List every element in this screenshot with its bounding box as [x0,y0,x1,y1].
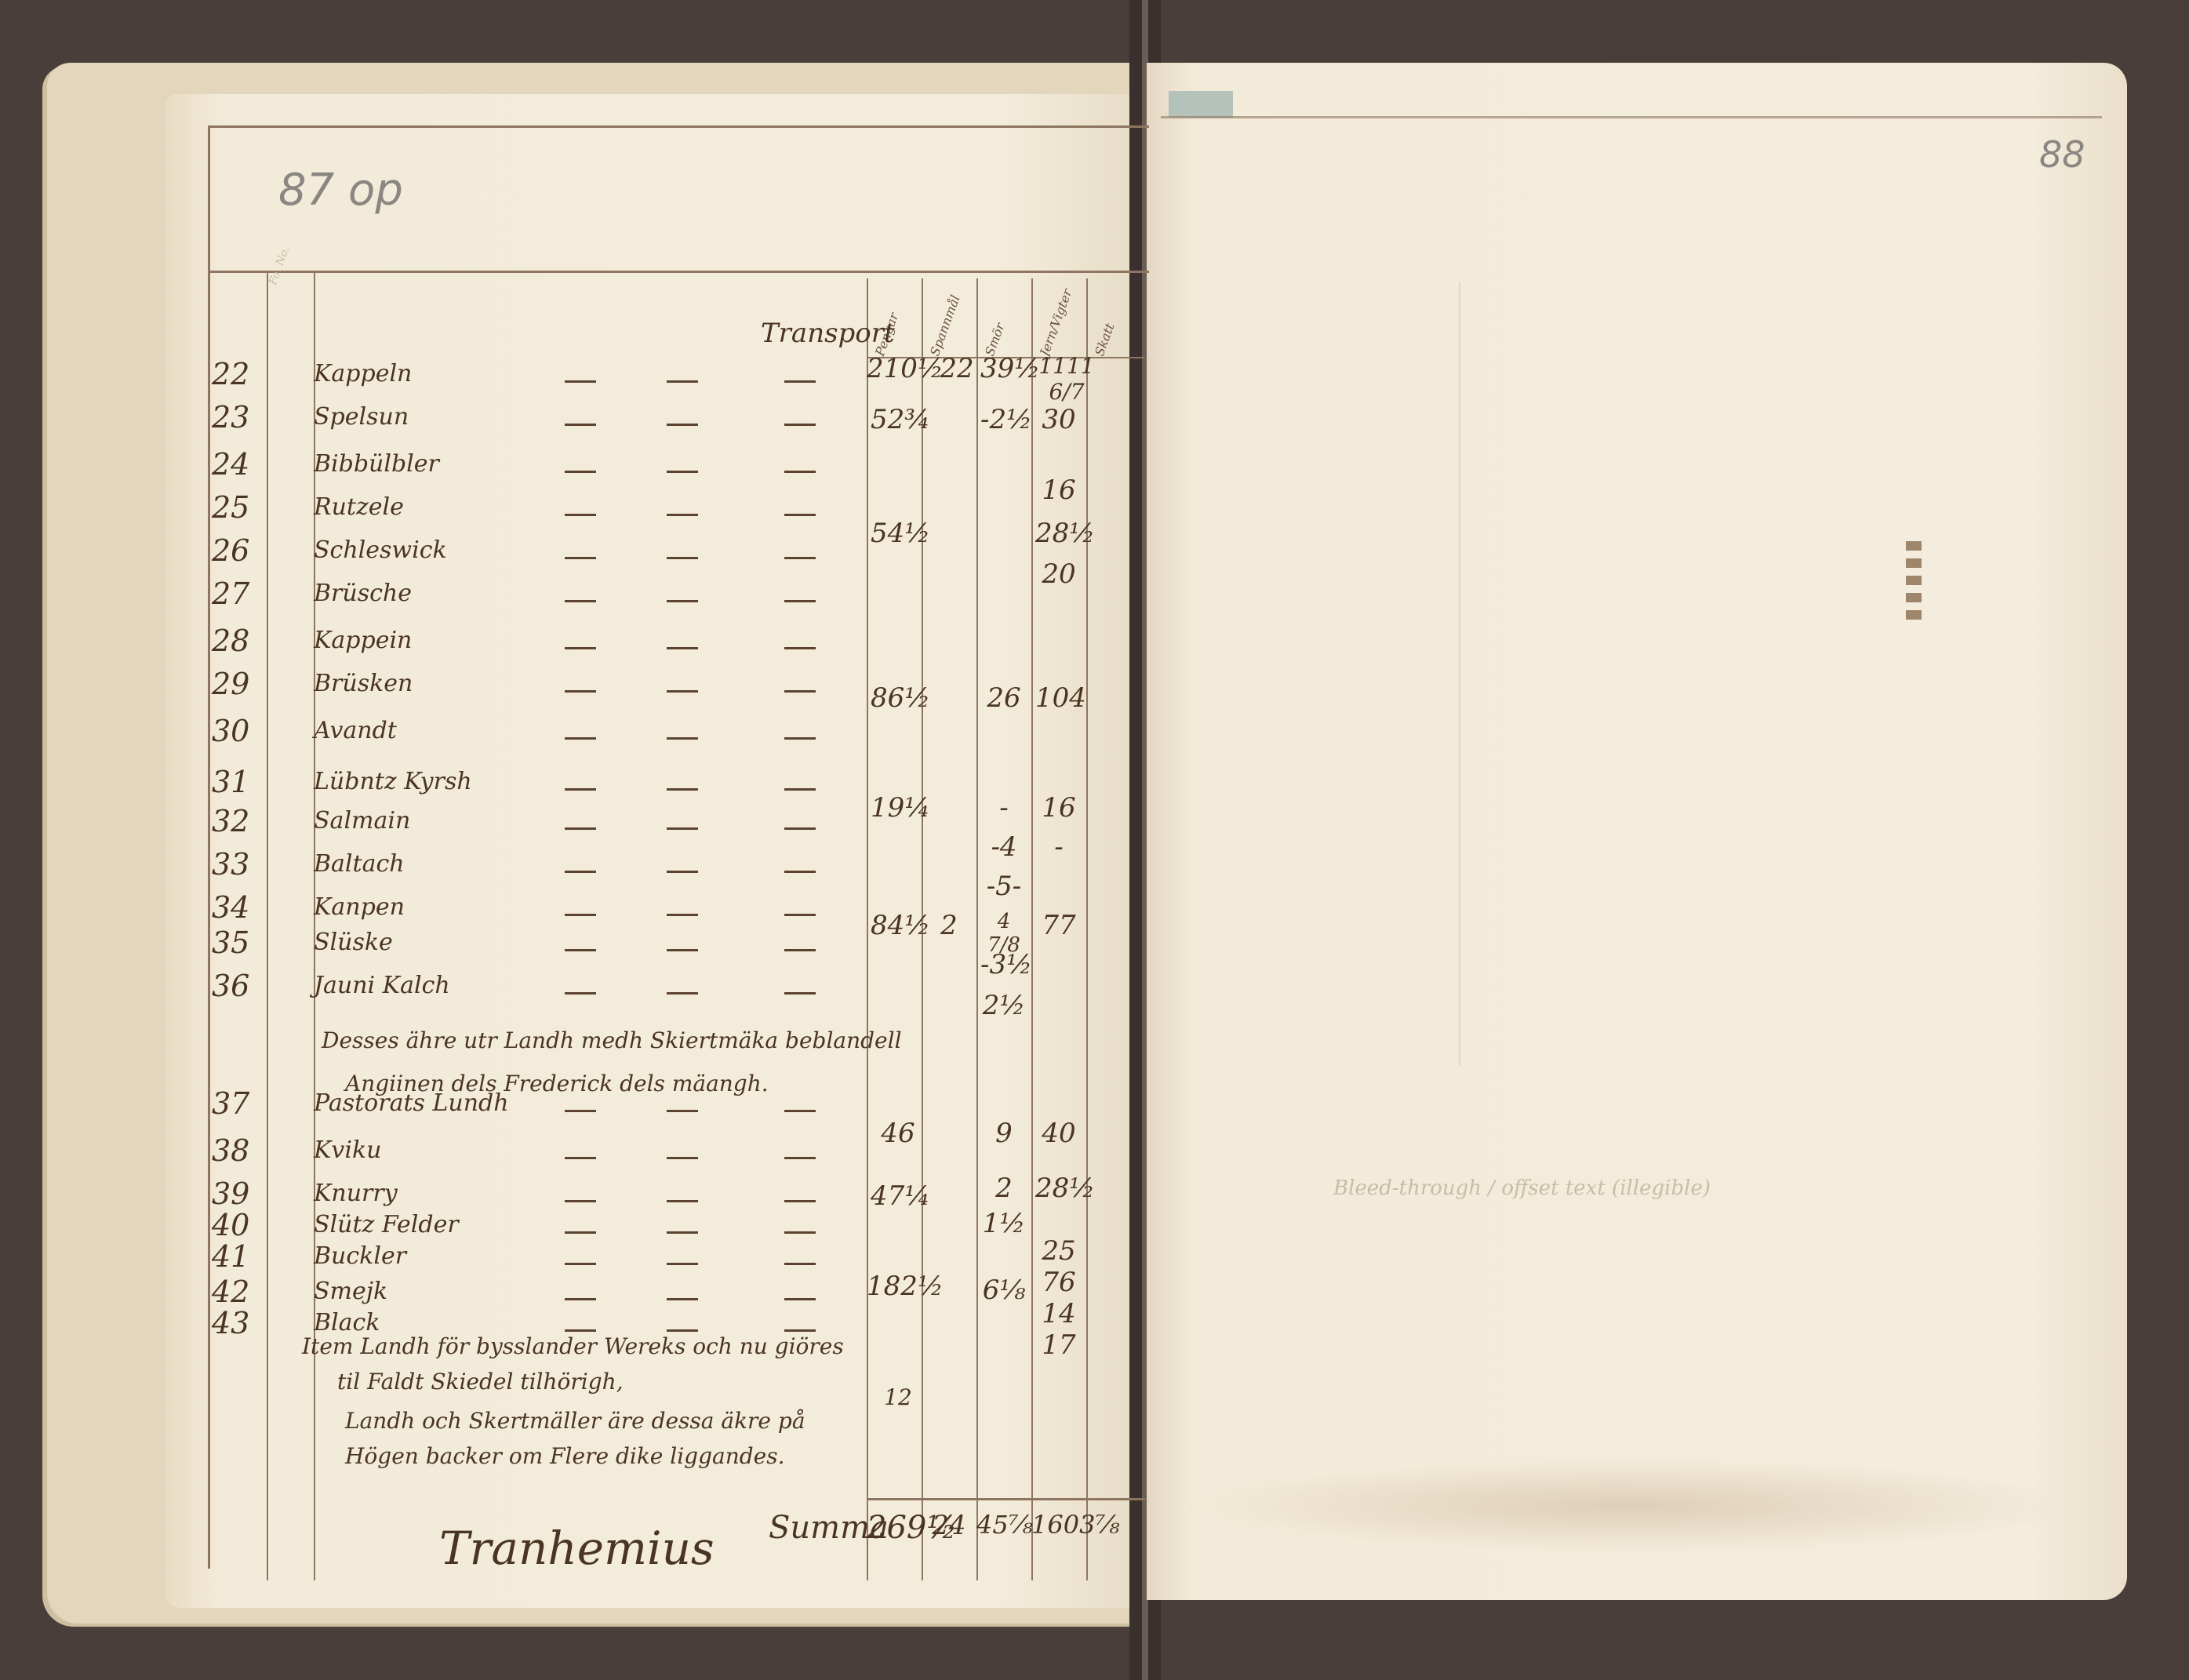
leader-dash [784,514,816,516]
amount: 26 [980,682,1027,714]
leader-dash [784,788,816,791]
row-number: 22 [212,357,267,391]
row-name: Smejk [314,1278,387,1305]
row-name: Jauni Kalch [314,972,450,999]
leader-dash [565,1298,596,1300]
amount: -2½ [980,404,1027,435]
transport-value-4: 1111 6/7 [1035,353,1098,405]
row-name: Spelsun [314,403,409,431]
amount: 16 [1035,792,1082,824]
amount: 14 [1035,1298,1082,1329]
leader-dash [667,380,698,383]
note-line-2: Angiinen dels Frederick dels mäangh. [345,1071,769,1096]
amount: -4 [980,831,1027,863]
leader-dash [667,871,698,873]
note-line-3: Item Landh för bysslander Wereks och nu … [302,1333,844,1359]
header-rule [208,271,1149,273]
note-line-1: Desses ähre utr Landh medh Skiertmäka be… [322,1027,902,1053]
leader-dash [565,471,596,473]
folio-right: 88 [2039,133,2085,176]
leader-dash [667,827,698,830]
row-name: Brüsken [314,670,413,697]
leader-dash [784,827,816,830]
leader-dash [667,424,698,426]
leader-dash [784,647,816,649]
amount-col-line-1 [867,278,868,1580]
row-name: Slüske [314,929,393,956]
leader-dash [565,949,596,951]
leader-dash [784,1200,816,1202]
amount: 2 [980,1173,1027,1204]
leader-dash [784,1263,816,1265]
row-name: Buckler [314,1242,406,1270]
leader-dash [565,600,596,602]
summa-value-4: 1603⅞ [1031,1510,1102,1540]
amount-col-line-3 [976,278,978,1580]
leader-dash [784,1329,816,1332]
folio-left: 87 op [278,165,403,216]
leader-dash [565,557,596,559]
amount: 47¼ [871,1180,925,1212]
note-line-4: til Faldt Skiedel tilhörigh, [337,1369,624,1395]
leader-dash [565,647,596,649]
row-name: Bibbülbler [314,450,439,478]
row-number: 43 [212,1306,267,1340]
bleed-through-columns [1224,282,1460,1067]
amount: - [980,792,1027,824]
leader-dash [667,514,698,516]
leader-dash [784,1110,816,1112]
row-name: Baltach [314,850,405,878]
leader-dash [565,788,596,791]
row-number: 41 [212,1239,267,1274]
amount-col-line-5 [1086,278,1088,1580]
bleed-through-text: Bleed-through / offset text (illegible) [1333,1176,1711,1200]
row-name: Schleswick [314,536,447,564]
amount: 17 [1035,1329,1082,1361]
row-number: 32 [212,804,267,838]
row-number: 38 [212,1133,267,1168]
row-name: Kappein [314,627,412,654]
leader-dash [667,1263,698,1265]
row-number: 28 [212,624,267,658]
amount: 6⅛ [980,1275,1027,1306]
leader-dash [565,1231,596,1234]
amount: 28½ [1035,518,1082,549]
leader-dash [565,737,596,740]
amount-col-line-4 [1031,278,1033,1580]
top-border [208,125,1149,128]
row-name: Black [314,1309,380,1336]
row-name: Salmain [314,807,410,835]
row-number: 23 [212,400,267,435]
leader-dash [667,647,698,649]
leader-dash [667,600,698,602]
note-line-6: Högen backer om Flere dike liggandes. [345,1443,785,1469]
leader-dash [667,949,698,951]
leader-dash [667,1298,698,1300]
leader-dash [565,690,596,693]
leader-dash [565,871,596,873]
row-name: Kviku [314,1136,381,1164]
amount: -5- [980,871,1027,902]
leader-dash [667,1157,698,1159]
amount: 2½ [980,990,1027,1021]
leader-dash [784,914,816,916]
amount: 104 [1035,682,1082,714]
leader-dash [667,737,698,740]
amount: 25 [1035,1235,1082,1267]
row-number: 33 [212,847,267,882]
leader-dash [565,1110,596,1112]
water-stain [1176,1459,2078,1553]
amount: 9 [980,1118,1027,1149]
leader-dash [565,1263,596,1265]
amount: 182½ [867,1271,929,1302]
row-name: Kappeln [314,360,412,387]
leader-dash [667,557,698,559]
leader-dash [667,471,698,473]
paper-tab [1169,91,1233,118]
transport-label: Transport [761,318,895,349]
amount: -3½ [980,949,1027,980]
row-name: Knurry [314,1180,398,1207]
leader-dash [784,949,816,951]
amount: 77 [1035,910,1082,941]
row-number: 26 [212,533,267,568]
row-number: 40 [212,1208,267,1242]
leader-dash [784,471,816,473]
row-number: 37 [212,1086,267,1121]
leader-dash [667,1110,698,1112]
summa-value-2: 24 [929,1510,969,1541]
leader-dash [565,1157,596,1159]
amount: - [1035,831,1082,863]
leader-dash [565,827,596,830]
leader-dash [784,871,816,873]
leader-dash [667,1329,698,1332]
row-number: 24 [212,447,267,482]
leader-dash [784,424,816,426]
row-number: 36 [212,969,267,1003]
leader-dash [784,1231,816,1234]
leader-dash [784,992,816,995]
leader-dash [784,1157,816,1159]
leader-dash [784,600,816,602]
amount: 54½ [871,518,925,549]
leader-dash [667,1231,698,1234]
ink-blots [1906,541,1922,620]
leader-dash [565,424,596,426]
row-name: Rutzele [314,493,404,521]
row-number: 25 [212,490,267,525]
signature: Tranhemius [439,1522,715,1575]
leader-dash [784,557,816,559]
leader-dash [784,690,816,693]
amount: 40 [1035,1118,1082,1149]
amount: 20 [1035,558,1082,590]
transport-value-2: 22 [933,353,980,384]
row-number: 27 [212,576,267,611]
row-name: Lübntz Kyrsh [314,768,472,795]
summa-value-3: 45⅞ [976,1510,1031,1540]
row-number: 29 [212,667,267,701]
amount: 86½ [871,682,925,714]
left-border [208,125,210,1569]
amount: 30 [1035,404,1082,435]
row-number: 42 [212,1275,267,1309]
row-name: Avandt [314,717,397,744]
row-name: Kanpen [314,893,405,921]
leader-dash [784,737,816,740]
leader-dash [565,992,596,995]
row-number: 35 [212,925,267,960]
leader-dash [565,1200,596,1202]
summa-value-1: 269½ [867,1510,929,1546]
amount: 12 [871,1384,925,1410]
amount: 28½ [1035,1173,1082,1204]
amount: 2 [925,910,973,941]
row-number: 31 [212,765,267,799]
row-number: 39 [212,1176,267,1211]
amount: 84½ [871,910,925,941]
amount: 16 [1035,475,1082,506]
row-number: 34 [212,890,267,925]
amount: 19¼ [871,792,925,824]
amount: 76 [1035,1267,1082,1298]
leader-dash [667,992,698,995]
note-line-5: Landh och Skertmäller äre dessa äkre på [345,1408,805,1434]
leader-dash [565,514,596,516]
leader-dash [667,690,698,693]
transport-value-1: 210½ [867,353,937,384]
transport-value-3: 39½ [980,353,1035,384]
amount: 52¾ [871,404,925,435]
leader-dash [565,380,596,383]
leader-dash [565,914,596,916]
amount: 1½ [980,1208,1027,1239]
leader-dash [667,1200,698,1202]
amount: 46 [871,1118,925,1149]
leader-dash [667,788,698,791]
leader-dash [784,1298,816,1300]
leader-dash [667,914,698,916]
row-number: 30 [212,714,267,748]
row-name: Slütz Felder [314,1211,459,1238]
leader-dash [565,1329,596,1332]
num-column-line [267,271,268,1580]
leader-dash [784,380,816,383]
row-name: Brüsche [314,580,412,607]
right-top-border [1161,116,2102,118]
summa-rule [867,1498,1145,1500]
